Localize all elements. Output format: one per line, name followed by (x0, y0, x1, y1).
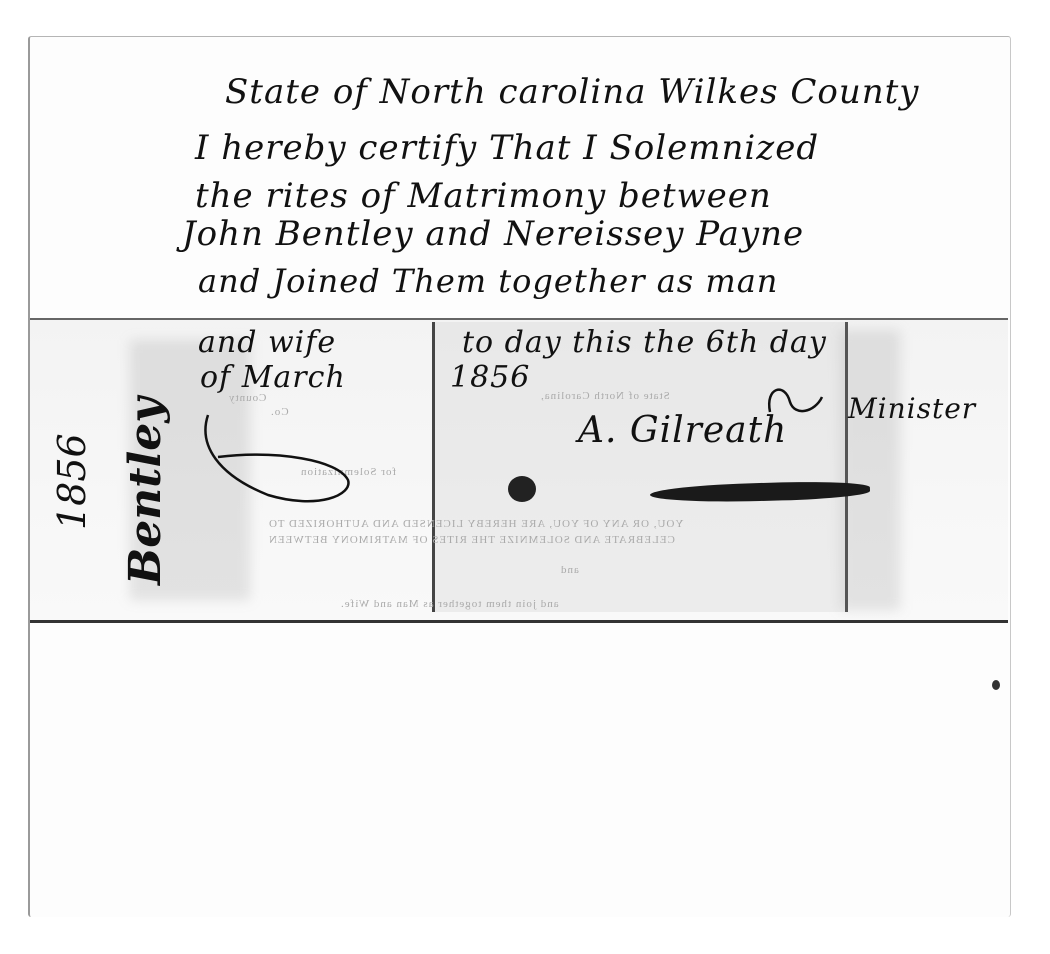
bleed-line-c: CELEBRATE AND SOLEMNIZE THE RITES OF MAT… (268, 534, 675, 546)
certificate-line-4: John Bentley and Nereissey Payne (182, 214, 804, 254)
bleed-line-b: YOU, OR ANY OF YOU, ARE HEREBY LICENSED … (268, 518, 683, 530)
bleed-state-heading: State of North Carolina, (540, 390, 670, 402)
ink-blot (508, 476, 536, 502)
margin-year: 1856 (50, 433, 94, 530)
certificate-line-6b: to day this the 6th day (462, 325, 827, 360)
margin-surname: Bentley (120, 397, 171, 585)
certificate-line-6a: and wife (198, 325, 336, 360)
certificate-line-3: the rites of Matrimony between (195, 176, 772, 216)
signature-flourish (178, 405, 368, 515)
bleed-line-d: and (560, 564, 579, 576)
certificate-line-7b: 1856 (450, 360, 530, 395)
certificate-line-1: State of North carolina Wilkes County (225, 72, 920, 112)
paper-stain (840, 330, 900, 610)
certificate-line-2: I hereby certify That I Solemnized (195, 128, 819, 168)
ink-speck (992, 680, 1000, 690)
certificate-line-5: and Joined Them together as man (198, 262, 778, 300)
signature-paraph (760, 382, 830, 422)
minister-signature: A. Gilreath (578, 410, 787, 451)
certificate-line-7a: of March (200, 360, 346, 395)
minister-title: Minister (848, 392, 976, 425)
bleed-line-e: and join them together as Man and Wife. (340, 598, 559, 610)
